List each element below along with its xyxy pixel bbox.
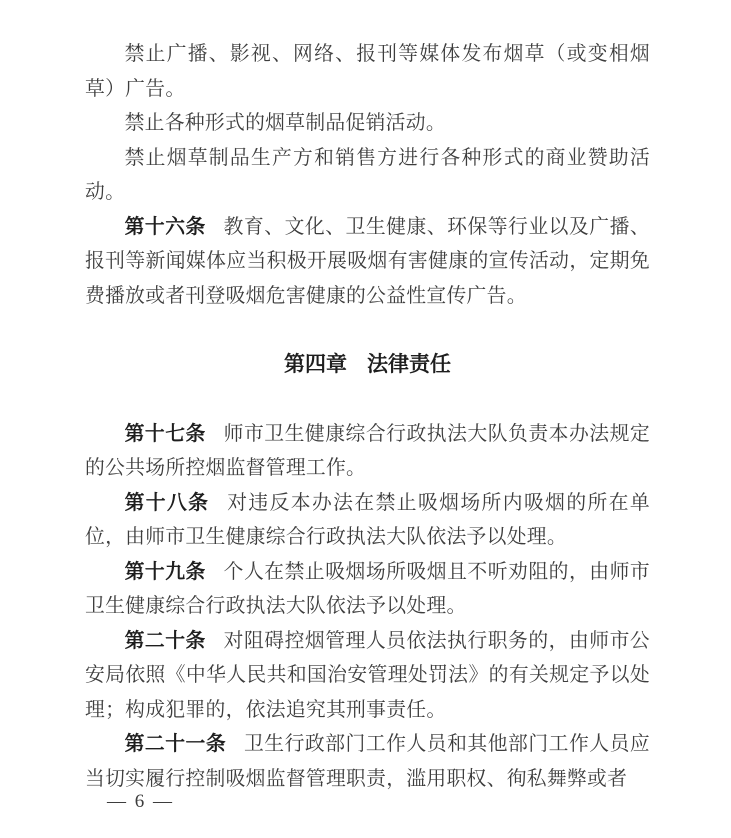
paragraph-tobacco-ad-ban: 禁止广播、影视、网络、报刊等媒体发布烟草（或变相烟草）广告。: [85, 37, 650, 106]
article-16-number: 第十六条: [125, 216, 206, 238]
paragraph-article-17: 第十七条师市卫生健康综合行政执法大队负责本办法规定的公共场所控烟监督管理工作。: [85, 417, 650, 486]
document-page: 禁止广播、影视、网络、报刊等媒体发布烟草（或变相烟草）广告。 禁止各种形式的烟草…: [0, 0, 731, 838]
article-17-number: 第十七条: [125, 423, 206, 445]
paragraph-article-21: 第二十一条卫生行政部门工作人员和其他部门工作人员应当切实履行控制吸烟监督管理职责…: [85, 727, 650, 796]
chapter-number: 第四章: [284, 353, 347, 376]
paragraph-sponsorship-ban: 禁止烟草制品生产方和销售方进行各种形式的商业赞助活动。: [85, 141, 650, 210]
paragraph-text: 禁止各种形式的烟草制品促销活动。: [125, 112, 446, 134]
article-20-number: 第二十条: [125, 630, 206, 652]
paragraph-text: 禁止广播、影视、网络、报刊等媒体发布烟草（或变相烟草）广告。: [85, 43, 650, 100]
paragraph-article-16: 第十六条教育、文化、卫生健康、环保等行业以及广播、报刊等新闻媒体应当积极开展吸烟…: [85, 210, 650, 314]
paragraph-article-20: 第二十条对阻碍控烟管理人员依法执行职务的，由师市公安局依照《中华人民共和国治安管…: [85, 624, 650, 728]
paragraph-article-19: 第十九条个人在禁止吸烟场所吸烟且不听劝阻的，由师市卫生健康综合行政执法大队依法予…: [85, 555, 650, 624]
paragraph-text: 禁止烟草制品生产方和销售方进行各种形式的商业赞助活动。: [85, 147, 650, 204]
article-19-number: 第十九条: [125, 561, 206, 583]
chapter-heading: 第四章法律责任: [85, 348, 650, 383]
article-21-number: 第二十一条: [125, 733, 227, 755]
article-18-number: 第十八条: [125, 492, 210, 514]
page-number: — 6 —: [107, 791, 174, 813]
paragraph-promotion-ban: 禁止各种形式的烟草制品促销活动。: [85, 106, 650, 141]
document-body: 禁止广播、影视、网络、报刊等媒体发布烟草（或变相烟草）广告。 禁止各种形式的烟草…: [85, 37, 650, 796]
chapter-title: 法律责任: [367, 353, 451, 376]
paragraph-article-18: 第十八条对违反本办法在禁止吸烟场所内吸烟的所在单位，由师市卫生健康综合行政执法大…: [85, 486, 650, 555]
